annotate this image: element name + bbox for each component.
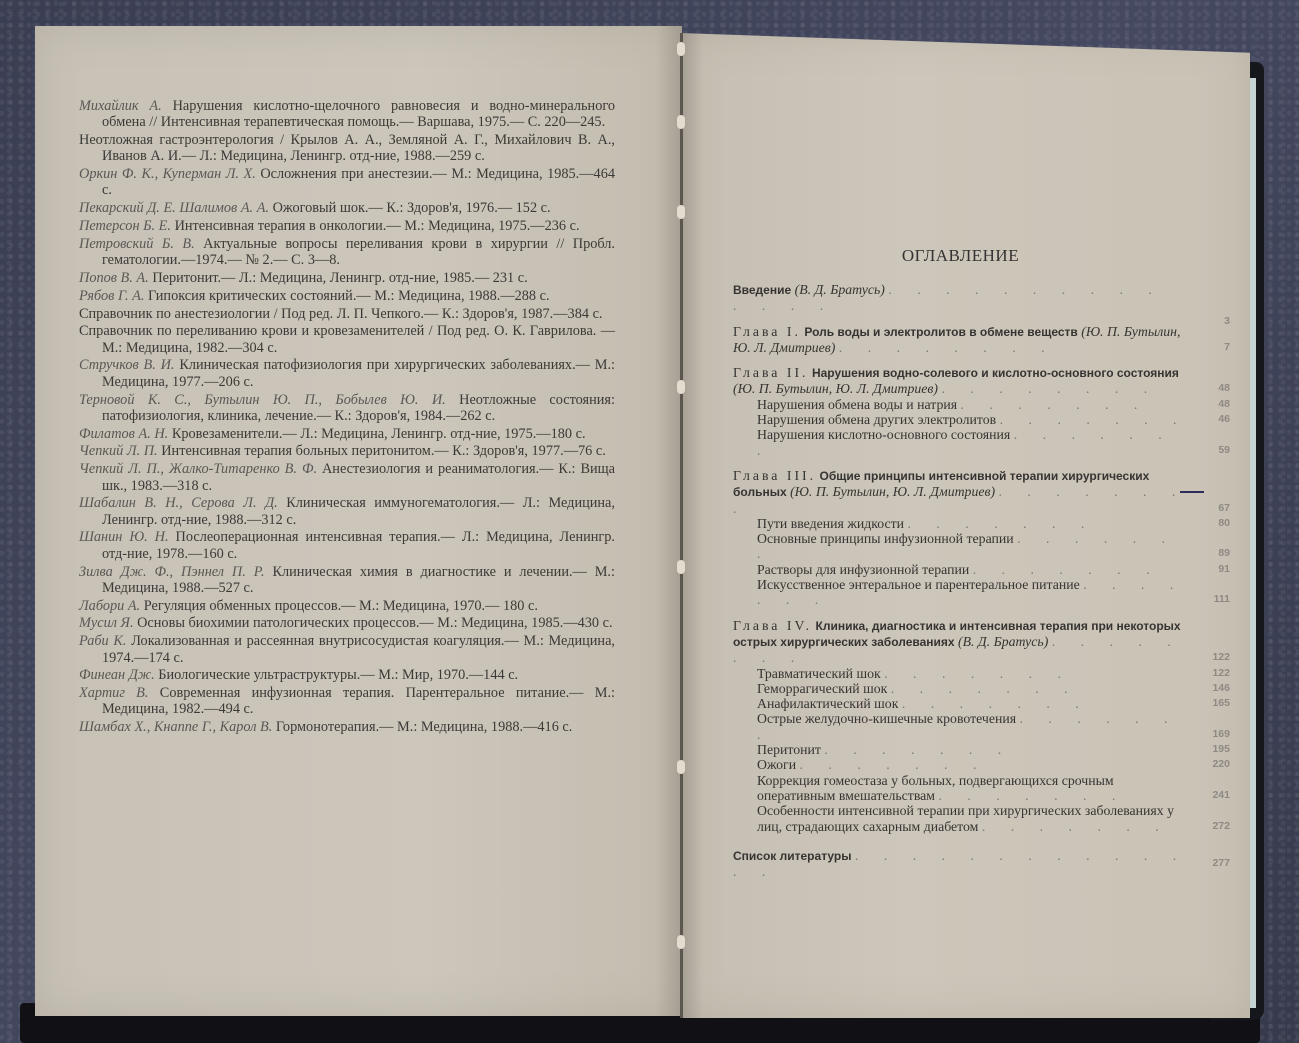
entry-author: Пекарский Д. Е. Шалимов А. А.: [79, 200, 269, 216]
section-title: Перитонит: [757, 742, 821, 757]
toc-entry-chapter: Глава I. Роль воды и электролитов в обме…: [733, 324, 1188, 356]
entry-text: Интенсивная терапия больных перитонитом.…: [161, 443, 606, 459]
toc-entry-section: Ожоги . . . . . . .220: [733, 757, 1188, 772]
bibliography-entry: Хартиг В. Современная инфузионная терапи…: [79, 685, 615, 718]
section-title: Травматический шок: [757, 666, 881, 681]
page-number: 80: [1218, 516, 1230, 531]
entry-author: Финеан Дж.: [79, 667, 155, 683]
entry-text: Регуляция обменных процессов.— М.: Медиц…: [144, 598, 538, 614]
bibliography-entry: Петровский Б. В. Актуальные вопросы пере…: [79, 236, 615, 269]
entry-text: Справочник по переливанию крови и кровез…: [79, 323, 615, 355]
binding-stitch: [677, 115, 685, 129]
entry-author: Петерсон Б. Е.: [79, 218, 171, 234]
binding-stitch: [677, 935, 685, 949]
bibliography-entry: Справочник по переливанию крови и кровез…: [79, 323, 615, 356]
page-number: 59: [1218, 443, 1230, 458]
chapter-prefix: Глава IV.: [733, 618, 812, 633]
section-title: Растворы для инфузионной терапии: [757, 562, 969, 577]
section-title: Нарушения кислотно-основного состояния: [757, 427, 1010, 442]
bibliography-entry: Шанин Ю. Н. Послеоперационная интенсивна…: [79, 529, 615, 562]
leader-dots: . . . . . . .: [884, 666, 1072, 681]
leader-dots: . . . . . . .: [961, 397, 1149, 412]
page-number: 67: [1218, 501, 1230, 516]
bibliography-entry: Пекарский Д. Е. Шалимов А. А. Ожоговый ш…: [79, 200, 615, 216]
section-title: Ожоги: [757, 757, 796, 772]
bibliography-entry: Шамбах Х., Кнаппе Г., Карол В. Гормоноте…: [79, 719, 615, 735]
leader-dots: . . . . . . .: [824, 742, 1012, 757]
entry-author: Мусил Я.: [79, 615, 134, 631]
bibliography-entry: Михайлик А. Нарушения кислотно-щелочного…: [79, 98, 615, 131]
page-number: 48: [1218, 397, 1230, 412]
entry-author: Чепкий Л. П., Жалко-Титаренко В. Ф.: [79, 461, 317, 477]
chapter-authors: (В. Д. Братусь): [958, 634, 1048, 649]
chapter-prefix: Глава III.: [733, 468, 816, 483]
section-title: Острые желудочно-кишечные кровотечения: [757, 711, 1016, 726]
section-title: Анафилактический шок: [757, 696, 898, 711]
entry-text: Ожоговый шок.— К.: Здоров'я, 1976.— 152 …: [273, 200, 551, 216]
bibliography-entry: Чепкий Л. П. Интенсивная терапия больных…: [79, 443, 615, 459]
leader-dots: . . . . . . .: [891, 681, 1079, 696]
page-number: 122: [1212, 650, 1230, 665]
toc-entry-section: Искусственное энтеральное и парентеральн…: [733, 577, 1188, 608]
toc-entry-section: Основные принципы инфузионной терапии . …: [733, 531, 1188, 562]
leader-dots: . . . . . . .: [982, 819, 1170, 834]
page-number: 241: [1212, 788, 1230, 803]
bibliography-entry: Справочник по анестезиологии / Под ред. …: [79, 306, 615, 322]
bibliography-entry: Стручков В. И. Клиническая патофизиологи…: [79, 357, 615, 390]
toc-title: ОГЛАВЛЕНИЕ: [733, 246, 1188, 266]
toc-entry-chapter: Глава IV. Клиника, диагностика и интенси…: [733, 618, 1188, 666]
section-title: Пути введения жидкости: [757, 516, 904, 531]
page-number: 46: [1218, 412, 1230, 427]
entry-author: Стручков В. И.: [79, 357, 175, 373]
leader-dots: . . . . . . .: [1000, 412, 1188, 427]
section-title: Основные принципы инфузионной терапии: [757, 531, 1014, 546]
entry-text: Интенсивная терапия в онкологии.— М.: Ме…: [175, 218, 580, 234]
entry-author: Михайлик А.: [79, 98, 162, 114]
binding-stitch: [677, 42, 685, 56]
pen-mark: [1180, 491, 1204, 493]
toc-entry-section: Острые желудочно-кишечные кровотечения .…: [733, 711, 1188, 742]
bibliography-entry: Попов В. А. Перитонит.— Л.: Медицина, Ле…: [79, 270, 615, 286]
leader-dots: . . . . . . . .: [941, 381, 1158, 396]
section-title: Нарушения обмена других электролитов: [757, 412, 996, 427]
entry-text: Биологические ультраструктуры.— М.: Мир,…: [158, 667, 518, 683]
bibliography-entry: Оркин Ф. К., Куперман Л. Х. Осложнения п…: [79, 166, 615, 199]
binding-stitch: [677, 560, 685, 574]
entry-text: Локализованная и рассеянная внутрисосуди…: [102, 633, 615, 665]
page-number: 89: [1218, 546, 1230, 561]
entry-author: Терновой К. С., Бутылин Ю. П., Бобылев Ю…: [79, 392, 446, 408]
toc-entry-section: Особенности интенсивной терапии при хиру…: [733, 803, 1188, 834]
page-number: 195: [1212, 742, 1230, 757]
section-title: Искусственное энтеральное и парентеральн…: [757, 577, 1080, 592]
entry-text: Послеоперационная интенсивная терапия.— …: [102, 529, 615, 561]
page-number: 91: [1218, 562, 1230, 577]
chapter-prefix: Глава I.: [733, 324, 801, 339]
toc-entry-introduction: Введение (В. Д. Братусь) . . . . . . . .…: [733, 282, 1188, 314]
intro-authors: (В. Д. Братусь): [795, 282, 885, 297]
bibliography-entry: Шабалин В. Н., Серова Л. Д. Клиническая …: [79, 495, 615, 528]
entry-author: Раби К.: [79, 633, 126, 649]
toc-entry-section: Травматический шок . . . . . . .122: [733, 666, 1188, 681]
section-title: Геморрагический шок: [757, 681, 887, 696]
toc-entry-section: Нарушения обмена других электролитов . .…: [733, 412, 1188, 427]
entry-author: Шанин Ю. Н.: [79, 529, 169, 545]
entry-text: Кровезаменители.— Л.: Медицина, Ленингр.…: [172, 426, 586, 442]
entry-text: Неотложная гастроэнтерология / Крылов А.…: [79, 132, 615, 164]
bibliography-entry: Чепкий Л. П., Жалко-Титаренко В. Ф. Анес…: [79, 461, 615, 494]
toc-entry-section: Нарушения кислотно-основного состояния .…: [733, 427, 1188, 458]
entry-text: Основы биохимии патологических процессов…: [137, 615, 612, 631]
chapter-authors: (Ю. П. Бутылин, Ю. Л. Дмитриев): [790, 484, 995, 499]
bibliography-entry: Лабори А. Регуляция обменных процессов.—…: [79, 598, 615, 614]
page-number: 3: [1224, 314, 1230, 329]
binding-stitch: [677, 380, 685, 394]
toc-entry-section: Пути введения жидкости . . . . . . .80: [733, 516, 1188, 531]
bibliography-list: Михайлик А. Нарушения кислотно-щелочного…: [79, 98, 615, 737]
bibliography-entry: Неотложная гастроэнтерология / Крылов А.…: [79, 132, 615, 165]
chapter-prefix: Глава II.: [733, 365, 809, 380]
bibliography-entry: Зилва Дж. Ф., Пэннел П. Р. Клиническая х…: [79, 564, 615, 597]
entry-author: Хартиг В.: [79, 685, 149, 701]
chapter-title: Нарушения водно-солевого и кислотно-осно…: [812, 366, 1179, 380]
toc-entry-section: Нарушения обмена воды и натрия . . . . .…: [733, 397, 1188, 412]
entry-author: Оркин Ф. К., Куперман Л. Х.: [79, 166, 256, 182]
page-number: 169: [1212, 727, 1230, 742]
bibliography-entry: Финеан Дж. Биологические ультраструктуры…: [79, 667, 615, 683]
toc-entry-section: Коррекция гомеостаза у больных, подверга…: [733, 773, 1188, 804]
bibliography-entry: Петерсон Б. Е. Интенсивная терапия в онк…: [79, 218, 615, 234]
page-number: 272: [1212, 819, 1230, 834]
table-of-contents: ОГЛАВЛЕНИЕ Введение (В. Д. Братусь) . . …: [733, 246, 1188, 879]
entry-text: Справочник по анестезиологии / Под ред. …: [79, 306, 603, 322]
chapter-title: Роль воды и электролитов в обмене вещест…: [804, 325, 1077, 339]
entry-author: Петровский Б. В.: [79, 236, 195, 252]
page-number: 277: [1212, 856, 1230, 871]
toc-entry-section: Геморрагический шок . . . . . . .146: [733, 681, 1188, 696]
entry-author: Попов В. А.: [79, 270, 149, 286]
entry-text: Нарушения кислотно-щелочного равновесия …: [102, 98, 615, 130]
section-title: Нарушения обмена воды и натрия: [757, 397, 957, 412]
page-number: 146: [1212, 681, 1230, 696]
chapter-authors: (Ю. П. Бутылин, Ю. Л. Дмитриев): [733, 381, 938, 396]
entry-text: Гормонотерапия.— М.: Медицина, 1988.—416…: [276, 719, 572, 735]
entry-text: Клиническая патофизиология при хирургиче…: [102, 357, 615, 389]
toc-entry-section: Перитонит . . . . . . .195: [733, 742, 1188, 757]
intro-title: Введение: [733, 283, 791, 297]
book-spine: [680, 33, 683, 1018]
references-title: Список литературы: [733, 849, 851, 863]
toc-entry-chapter: Глава II. Нарушения водно-солевого и кис…: [733, 365, 1188, 397]
bibliography-entry: Филатов А. Н. Кровезаменители.— Л.: Меди…: [79, 426, 615, 442]
leader-dots: . . . . . . .: [800, 757, 988, 772]
entry-author: Шабалин В. Н., Серова Л. Д.: [79, 495, 278, 511]
bibliography-entry: Раби К. Локализованная и рассеянная внут…: [79, 633, 615, 666]
toc-entry-section: Растворы для инфузионной терапии . . . .…: [733, 562, 1188, 577]
entry-text: Перитонит.— Л.: Медицина, Ленингр. отд-н…: [152, 270, 527, 286]
toc-entry-section: Анафилактический шок . . . . . . .165: [733, 696, 1188, 711]
bibliography-entry: Рябов Г. А. Гипоксия критических состоян…: [79, 288, 615, 304]
page-number: 165: [1212, 696, 1230, 711]
leader-dots: . . . . . . . .: [839, 340, 1056, 355]
entry-author: Филатов А. Н.: [79, 426, 168, 442]
page-number: 111: [1214, 592, 1230, 607]
toc-entry-references: Список литературы . . . . . . . . . . . …: [733, 848, 1188, 880]
binding-stitch: [677, 205, 685, 219]
entry-text: Гипоксия критических состояний.— М.: Мед…: [148, 288, 550, 304]
leader-dots: . . . . . . .: [973, 562, 1161, 577]
page-number: 7: [1224, 340, 1230, 355]
entry-author: Чепкий Л. П.: [79, 443, 158, 459]
page-number: 122: [1212, 666, 1230, 681]
binding-stitch: [677, 760, 685, 774]
bibliography-entry: Мусил Я. Основы биохимии патологических …: [79, 615, 615, 631]
page-number: 48: [1218, 381, 1230, 396]
entry-text: Современная инфузионная терапия. Паренте…: [102, 685, 615, 717]
toc-entry-chapter: Глава III. Общие принципы интенсивной те…: [733, 468, 1188, 516]
entry-author: Шамбах Х., Кнаппе Г., Карол В.: [79, 719, 272, 735]
entry-author: Рябов Г. А.: [79, 288, 144, 304]
leader-dots: . . . . . . .: [938, 788, 1126, 803]
entry-author: Зилва Дж. Ф., Пэннел П. Р.: [79, 564, 265, 580]
leader-dots: . . . . . . .: [908, 516, 1096, 531]
toc-chapters: Глава I. Роль воды и электролитов в обме…: [733, 324, 1188, 834]
leader-dots: . . . . . . .: [902, 696, 1090, 711]
entry-author: Лабори А.: [79, 598, 140, 614]
bibliography-entry: Терновой К. С., Бутылин Ю. П., Бобылев Ю…: [79, 392, 615, 425]
page-number: 220: [1212, 757, 1230, 772]
